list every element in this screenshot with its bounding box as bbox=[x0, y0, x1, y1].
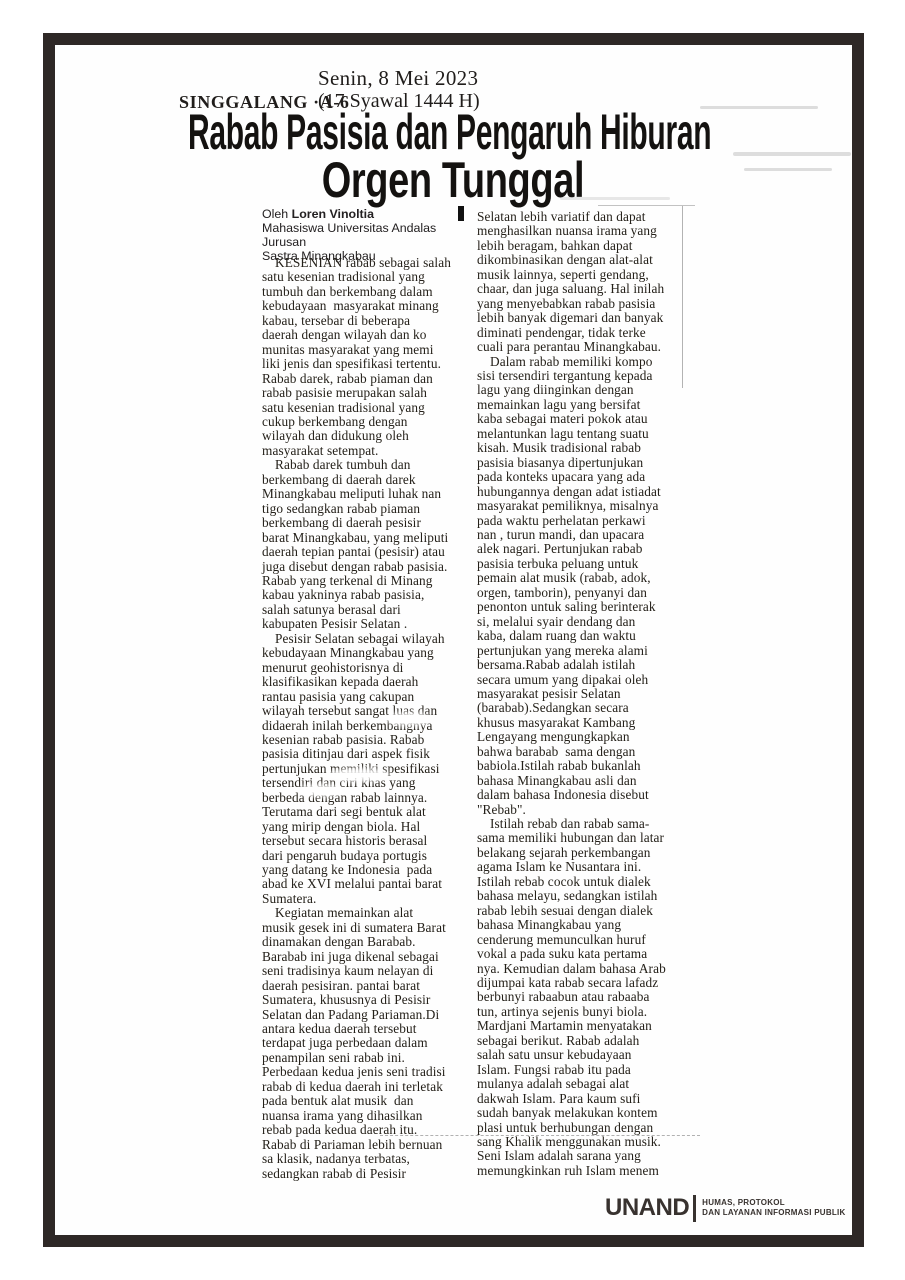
article-paragraph: Istilah rebab dan rabab sama- sama memil… bbox=[477, 817, 685, 1178]
scan-artifact-smudge bbox=[744, 168, 832, 171]
byline-author-line: Oleh Loren Vinoltia bbox=[262, 207, 472, 221]
article-paragraph: Dalam rabab memiliki kompo sisi tersendi… bbox=[477, 355, 685, 818]
scan-artifact-smudge bbox=[733, 152, 851, 156]
scan-artifact-clipping-edge-horizontal bbox=[598, 205, 695, 206]
article-column-right: Selatan lebih variatif dan dapat menghas… bbox=[477, 210, 685, 1178]
scan-artifact-print-fade bbox=[386, 712, 432, 726]
unand-logo-text: UNAND bbox=[605, 1194, 689, 1222]
article-paragraph: Rabab darek tumbuh dan berkembang di dae… bbox=[262, 458, 467, 631]
logo-tagline-line-2: DAN LAYANAN INFORMASI PUBLIK bbox=[702, 1208, 845, 1219]
scan-artifact-ink-mark bbox=[458, 206, 464, 221]
scan-artifact-smudge bbox=[700, 106, 818, 109]
scan-artifact-fold-line bbox=[380, 1135, 700, 1136]
author-name: Loren Vinoltia bbox=[292, 207, 374, 221]
logo-tagline-line-1: HUMAS, PROTOKOL bbox=[702, 1198, 845, 1209]
byline-prefix: Oleh bbox=[262, 207, 292, 221]
article-paragraph: KESENIAN rabab sebagai salah satu keseni… bbox=[262, 256, 467, 458]
article-title-line-2: Orgen Tunggal bbox=[109, 156, 797, 204]
article-title-line-1: Rabab Pasisia dan Pengaruh Hiburan bbox=[178, 108, 721, 156]
publication-date: Senin, 8 Mei 2023 bbox=[318, 66, 478, 91]
article-paragraph: Selatan lebih variatif dan dapat menghas… bbox=[477, 210, 685, 355]
scan-artifact-smudge bbox=[560, 197, 670, 200]
scan-artifact-print-fade bbox=[298, 784, 344, 797]
article-paragraph: Kegiatan memainkan alat musik gesek ini … bbox=[262, 906, 467, 1181]
scan-artifact-clipping-edge-vertical bbox=[682, 206, 683, 388]
scan-artifact-print-fade bbox=[328, 768, 390, 782]
unand-logo-block: UNAND HUMAS, PROTOKOL DAN LAYANAN INFORM… bbox=[605, 1194, 845, 1222]
article-column-left: KESENIAN rabab sebagai salah satu keseni… bbox=[262, 256, 467, 1181]
newspaper-clipping-page: Senin, 8 Mei 2023 SINGGALANG ·A-6 (17 Sy… bbox=[0, 0, 905, 1280]
article-title: Rabab Pasisia dan Pengaruh Hiburan Orgen… bbox=[0, 108, 905, 204]
logo-divider-bar bbox=[693, 1195, 696, 1222]
logo-tagline: HUMAS, PROTOKOL DAN LAYANAN INFORMASI PU… bbox=[702, 1198, 845, 1219]
byline-affiliation-1: Mahasiswa Universitas Andalas Jurusan bbox=[262, 221, 472, 249]
